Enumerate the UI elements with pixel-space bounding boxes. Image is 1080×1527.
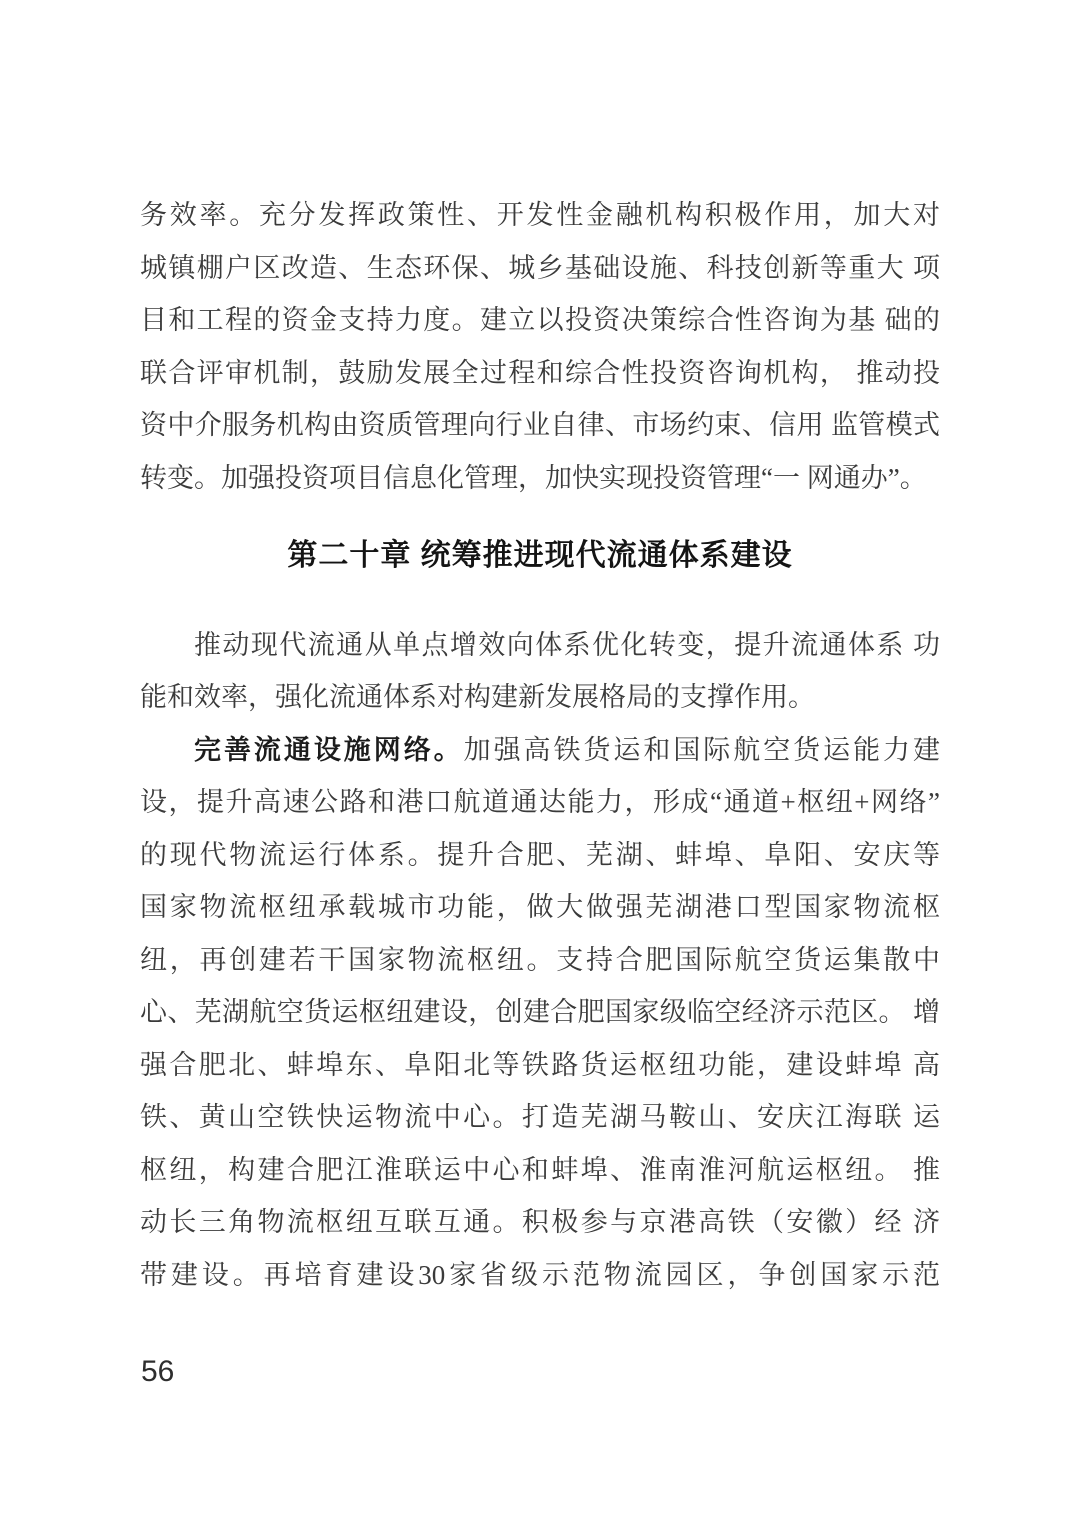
paragraph-circulation-intro: 推动现代流通从单点增效向体系优化转变，提升流通体系 功能和效率，强化流通体系对构…	[140, 619, 940, 724]
paragraph-investment-services: 务效率。充分发挥政策性、开发性金融机构积极作用，加大对城镇棚户区改造、生态环保、…	[140, 189, 940, 504]
page-number: 56	[141, 1352, 174, 1392]
text-line: 资中介服务机构由资质管理向行业自律、市场约束、信用 监管模式	[140, 399, 940, 452]
text-line: 目和工程的资金支持力度。建立以投资决策综合性咨询为基 础的	[140, 294, 940, 347]
text-line: 的现代物流运行体系。提升合肥、芜湖、蚌埠、阜阳、安庆等	[140, 829, 940, 882]
body-text: 加强高铁货运和国际航空货运能力建	[464, 735, 940, 765]
text-line: 动长三角物流枢纽互联互通。积极参与京港高铁（安徽）经 济	[140, 1196, 940, 1249]
text-line: 枢纽，构建合肥江淮联运中心和蚌埠、淮南淮河航运枢纽。 推	[140, 1144, 940, 1197]
text-line: 转变。加强投资项目信息化管理，加快实现投资管理“一 网通办”。	[140, 452, 940, 505]
text-line: 强合肥北、蚌埠东、阜阳北等铁路货运枢纽功能，建设蚌埠 高	[140, 1039, 940, 1092]
text-line: 纽，再创建若干国家物流枢纽。支持合肥国际航空货运集散中	[140, 934, 940, 987]
page-content: 务效率。充分发挥政策性、开发性金融机构积极作用，加大对城镇棚户区改造、生态环保、…	[140, 189, 940, 1301]
chapter-heading: 第二十章 统筹推进现代流通体系建设	[140, 530, 940, 583]
text-line: 带建设。再培育建设30家省级示范物流园区，争创国家示范	[140, 1249, 940, 1302]
text-line: 铁、黄山空铁快运物流中心。打造芜湖马鞍山、安庆江海联 运	[140, 1091, 940, 1144]
text-line: 务效率。充分发挥政策性、开发性金融机构积极作用，加大对	[140, 189, 940, 242]
text-line: 能和效率，强化流通体系对构建新发展格局的支撑作用。	[140, 671, 940, 724]
text-line: 设，提升高速公路和港口航道通达能力，形成“通道+枢纽+网络”	[140, 776, 940, 829]
bold-lead-text: 完善流通设施网络。	[194, 735, 464, 765]
text-line: 完善流通设施网络。加强高铁货运和国际航空货运能力建	[140, 724, 940, 777]
text-line: 城镇棚户区改造、生态环保、城乡基础设施、科技创新等重大 项	[140, 242, 940, 295]
text-line: 联合评审机制，鼓励发展全过程和综合性投资咨询机构， 推动投	[140, 347, 940, 400]
document-page: 务效率。充分发挥政策性、开发性金融机构积极作用，加大对城镇棚户区改造、生态环保、…	[0, 0, 1080, 1527]
text-line: 国家物流枢纽承载城市功能，做大做强芜湖港口型国家物流枢	[140, 881, 940, 934]
text-line: 推动现代流通从单点增效向体系优化转变，提升流通体系 功	[140, 619, 940, 672]
text-line: 心、芜湖航空货运枢纽建设，创建合肥国家级临空经济示范区。 增	[140, 986, 940, 1039]
paragraph-logistics-network: 完善流通设施网络。加强高铁货运和国际航空货运能力建设，提升高速公路和港口航道通达…	[140, 724, 940, 1302]
